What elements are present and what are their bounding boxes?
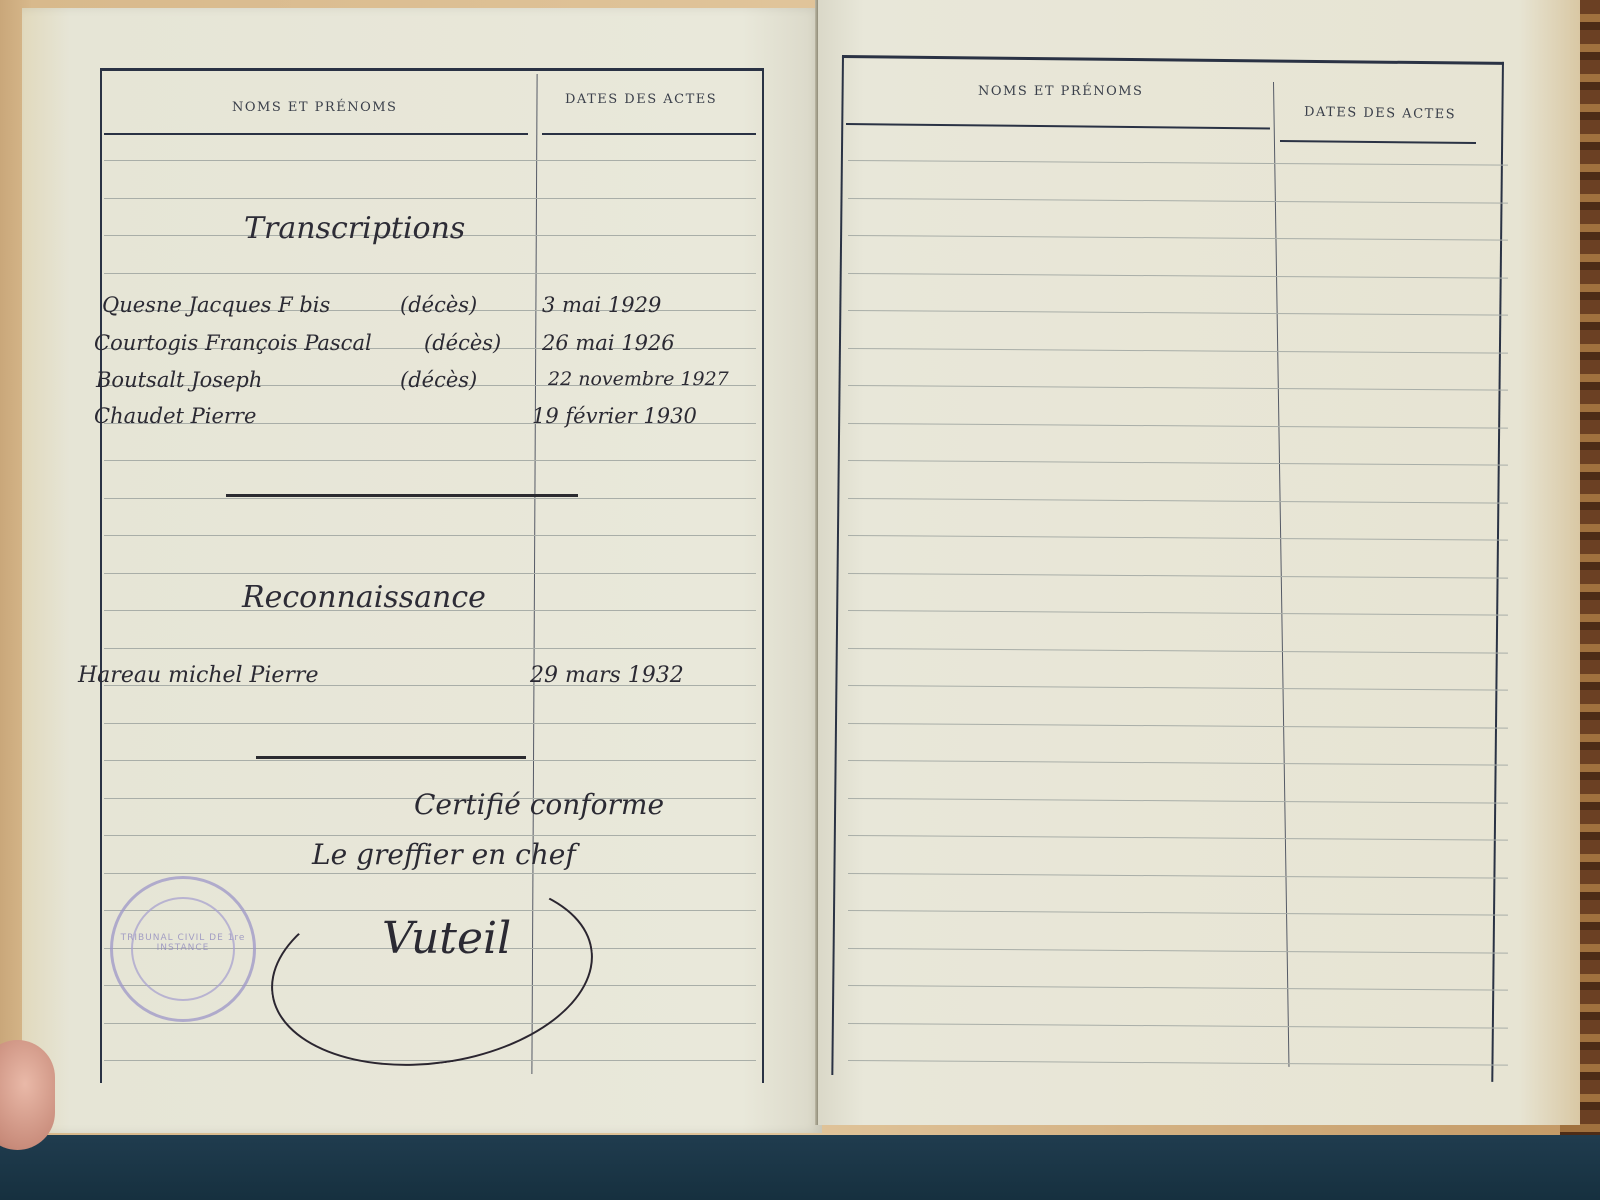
signature: Vuteil (382, 913, 511, 964)
ruled-line (104, 273, 756, 274)
entry-name: Boutsalt Joseph (96, 368, 262, 392)
ruled-line (104, 160, 756, 161)
certification-line-2: Le greffier en chef (312, 838, 576, 871)
ruled-line (104, 573, 756, 574)
entry-date: 22 novembre 1927 (548, 368, 729, 390)
entry-type: (décès) (424, 331, 501, 355)
left-page: NOMS ET PRÉNOMS DATES DES ACTES Transcri… (22, 8, 822, 1133)
right-table-top-rule (842, 55, 1504, 65)
ruled-line (104, 648, 756, 649)
left-table-top-rule (100, 68, 764, 71)
ruled-line (104, 873, 756, 874)
left-header-rule-names (104, 133, 528, 135)
ruled-line (104, 760, 756, 761)
stamp-text: TRIBUNAL CIVIL DE 1re INSTANCE (113, 933, 253, 953)
entry-name: Hareau michel Pierre (78, 663, 318, 688)
certification-line-1: Certifié conforme (414, 788, 664, 821)
ruled-line (104, 835, 756, 836)
section-separator (226, 494, 578, 497)
right-header-dates: DATES DES ACTES (1304, 105, 1456, 123)
ruled-line (104, 535, 756, 536)
left-header-names: NOMS ET PRÉNOMS (232, 100, 397, 115)
section-title-transcriptions: Transcriptions (244, 211, 465, 246)
section-title-reconnaissance: Reconnaissance (242, 580, 486, 615)
ruled-line (104, 723, 756, 724)
entry-name: Chaudet Pierre (94, 404, 256, 428)
entry-name: Quesne Jacques F bis (102, 293, 330, 317)
entry-type: (décès) (400, 368, 477, 392)
left-header-dates: DATES DES ACTES (565, 92, 717, 107)
right-header-names: NOMS ET PRÉNOMS (978, 84, 1143, 99)
ruled-line (104, 460, 756, 461)
entry-date: 26 mai 1926 (542, 331, 675, 355)
left-header-rule-dates (542, 133, 756, 135)
section-separator (256, 756, 526, 759)
right-page: NOMS ET PRÉNOMS DATES DES ACTES (818, 0, 1580, 1125)
entry-name: Courtogis François Pascal (94, 331, 372, 355)
right-table-frame (831, 55, 1504, 1082)
ruled-line (104, 198, 756, 199)
entry-date: 29 mars 1932 (530, 663, 684, 688)
ruled-line (104, 498, 756, 499)
entry-date: 19 février 1930 (532, 404, 697, 428)
entry-type: (décès) (400, 293, 477, 317)
official-stamp: TRIBUNAL CIVIL DE 1re INSTANCE (110, 876, 256, 1022)
thumb-holding-page (0, 1040, 55, 1150)
entry-date: 3 mai 1929 (542, 293, 661, 317)
